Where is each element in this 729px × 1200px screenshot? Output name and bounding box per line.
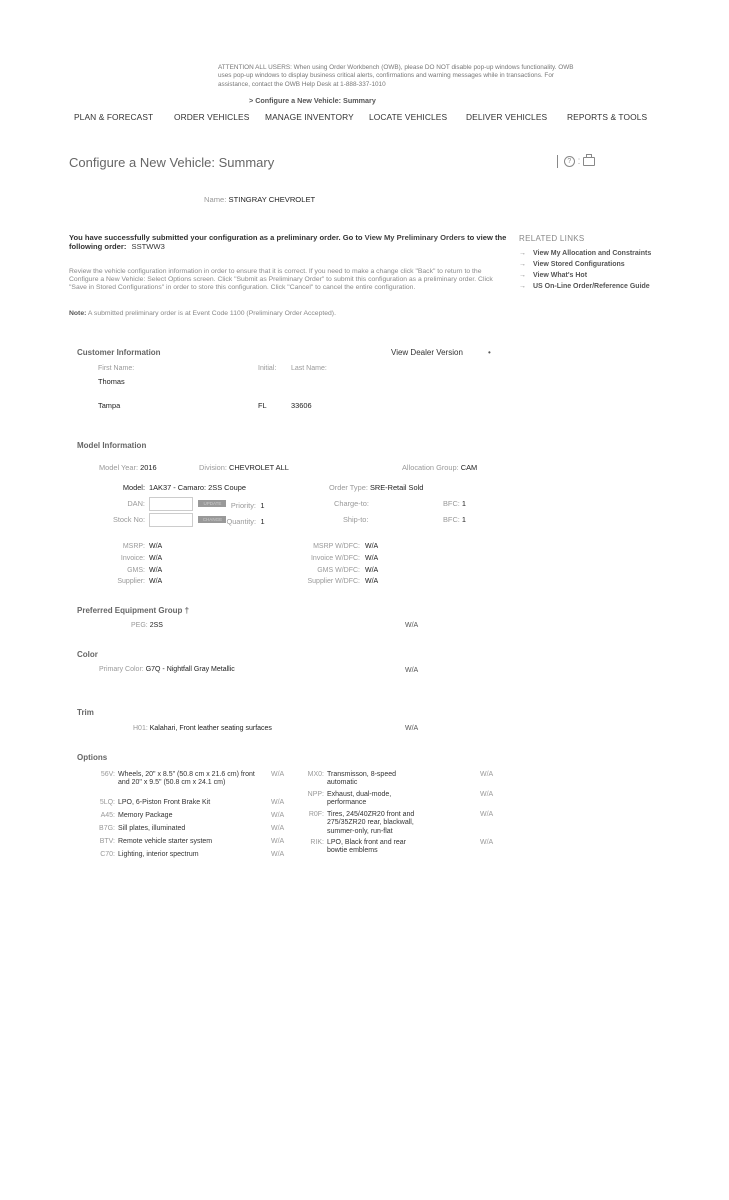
help-icon[interactable]: ? [564, 156, 575, 167]
msrp-value: W/A [149, 541, 162, 553]
option-price: W/A [271, 812, 284, 819]
bfc-value: 1 [462, 499, 466, 508]
priority-value: 1 [260, 501, 264, 510]
option-price: W/A [480, 811, 493, 818]
related-links-list: →View My Allocation and Constraints →Vie… [519, 250, 659, 294]
related-link-whats-hot[interactable]: →View What's Hot [519, 272, 659, 280]
option-price: W/A [480, 771, 493, 778]
related-link-label[interactable]: View Stored Configurations [533, 261, 625, 268]
option-price: W/A [271, 799, 284, 806]
arrow-right-icon: → [519, 272, 526, 280]
related-links-title: RELATED LINKS [519, 234, 585, 243]
breadcrumb[interactable]: > Configure a New Vehicle: Summary [249, 96, 376, 105]
page-title: Configure a New Vehicle: Summary [69, 155, 274, 170]
option-desc: Exhaust, dual-mode, performance [327, 791, 391, 806]
option-code: C70: [100, 851, 115, 859]
option-desc: LPO, Black front and rear bowtie emblems [327, 839, 406, 854]
model-year-row: Model Year: 2016 [99, 463, 157, 472]
note-text: A submitted preliminary order is at Even… [86, 310, 336, 317]
peg-title: Preferred Equipment Group † [77, 606, 189, 615]
bfc-charge-row: BFC: 1 [443, 499, 466, 508]
pricing-left-labels: MSRP: Invoice: GMS: Supplier: [90, 541, 145, 588]
note-label: Note: [69, 310, 86, 317]
first-name-value: Thomas [98, 377, 125, 386]
ship-to-label: Ship-to: [343, 515, 368, 524]
nav-reports-tools[interactable]: REPORTS & TOOLS [567, 112, 647, 122]
option-code: A45: [101, 812, 115, 820]
option-item: A45:Memory Package [118, 812, 268, 820]
trim-code: H01: [133, 725, 148, 732]
trim-title: Trim [77, 708, 94, 717]
option-item: C70:Lighting, interior spectrum [118, 851, 268, 859]
attention-banner: ATTENTION ALL USERS: When using Order Wo… [218, 64, 578, 89]
trim-price: W/A [405, 725, 418, 732]
gms-wdfc-label: GMS W/DFC: [290, 565, 360, 577]
option-desc: Transmisson, 8-speed automatic [327, 771, 396, 786]
option-item: RIK:LPO, Black front and rear bowtie emb… [327, 839, 427, 856]
state-value: FL [258, 401, 267, 410]
nav-locate-vehicles[interactable]: LOCATE VEHICLES [369, 112, 447, 122]
separator-dot: : [578, 156, 581, 167]
supplier-value: W/A [149, 576, 162, 588]
msrp-wdfc-label: MSRP W/DFC: [290, 541, 360, 553]
pricing-right-values: W/A W/A W/A W/A [365, 541, 378, 588]
supplier-wdfc-label: Supplier W/DFC: [290, 576, 360, 588]
quantity-label: Quantity: [226, 517, 256, 526]
gms-label: GMS: [90, 565, 145, 577]
related-link-stored-configs[interactable]: →View Stored Configurations [519, 261, 659, 269]
invoice-wdfc-label: Invoice W/DFC: [290, 553, 360, 565]
model-info-title: Model Information [77, 441, 146, 450]
trim-value: Kalahari, Front leather seating surfaces [150, 725, 272, 732]
charge-to-label: Charge-to: [334, 499, 369, 508]
related-link-label[interactable]: US On-Line Order/Reference Guide [533, 283, 650, 290]
option-item: B7G:Sill plates, illuminated [118, 825, 268, 833]
options-title: Options [77, 753, 107, 762]
option-code: MX0: [308, 771, 324, 779]
pricing-right-labels: MSRP W/DFC: Invoice W/DFC: GMS W/DFC: Su… [290, 541, 360, 588]
pricing-left-values: W/A W/A W/A W/A [149, 541, 162, 588]
view-preliminary-orders-link[interactable]: View My Preliminary Orders [365, 233, 465, 242]
allocation-group-label: Allocation Group: [402, 463, 459, 472]
order-number: SSTWW3 [132, 242, 165, 251]
allocation-group-row: Allocation Group: CAM [402, 463, 477, 472]
option-code: 5LQ: [100, 799, 115, 807]
option-price: W/A [271, 851, 284, 858]
option-desc: Wheels, 20" x 8.5" (50.8 cm x 21.6 cm) f… [118, 771, 255, 786]
option-code: B7G: [99, 825, 115, 833]
bfc-ship-row: BFC: 1 [443, 515, 466, 524]
allocation-group-value: CAM [461, 463, 477, 472]
nav-deliver-vehicles[interactable]: DELIVER VEHICLES [466, 112, 547, 122]
msrp-label: MSRP: [90, 541, 145, 553]
arrow-right-icon: → [519, 261, 526, 269]
dealer-name-row: Name: STINGRAY CHEVROLET [204, 195, 315, 204]
dan-input[interactable] [149, 497, 193, 511]
last-name-label: Last Name: [291, 365, 327, 372]
print-icon[interactable] [583, 157, 595, 166]
gms-wdfc-value: W/A [365, 565, 378, 577]
model-label: Model: [100, 483, 145, 492]
review-instructions: Review the vehicle configuration informa… [69, 268, 499, 292]
bullet-icon: • [488, 348, 491, 357]
stock-row: CHANGEQuantity: 1 [149, 511, 265, 529]
option-code: 56V: [101, 771, 115, 779]
related-link-allocation[interactable]: →View My Allocation and Constraints [519, 250, 659, 258]
stock-change-button[interactable]: CHANGE [198, 516, 226, 523]
option-item: BTV:Remote vehicle starter system [118, 838, 268, 846]
color-price: W/A [405, 667, 418, 674]
nav-order-vehicles[interactable]: ORDER VEHICLES [174, 112, 249, 122]
invoice-value: W/A [149, 553, 162, 565]
stock-no-label: Stock No: [100, 515, 145, 524]
option-price: W/A [271, 825, 284, 832]
gms-value: W/A [149, 565, 162, 577]
dan-update-button[interactable]: UPDATE [198, 500, 226, 507]
bfc-label: BFC: [443, 499, 460, 508]
invoice-label: Invoice: [90, 553, 145, 565]
option-item: MX0:Transmisson, 8-speed automatic [327, 771, 427, 788]
order-type-label: Order Type: [329, 483, 368, 492]
zip-value: 33606 [291, 401, 312, 410]
peg-label: PEG: [131, 622, 148, 629]
priority-label: Priority: [231, 501, 256, 510]
model-year-label: Model Year: [99, 463, 138, 472]
related-link-label[interactable]: View What's Hot [533, 272, 587, 279]
order-type-value: SRE-Retail Sold [370, 483, 423, 492]
division-label: Division: [199, 463, 227, 472]
customer-info-title: Customer Information [77, 348, 161, 357]
stock-no-input[interactable] [149, 513, 193, 527]
nav-plan-forecast[interactable]: PLAN & FORECAST [74, 112, 153, 122]
page-toolbar: ? : [557, 155, 595, 168]
peg-price: W/A [405, 622, 418, 629]
main-nav: PLAN & FORECAST ORDER VEHICLES MANAGE IN… [74, 112, 674, 126]
primary-color-label: Primary Color: [99, 666, 144, 673]
option-price: W/A [271, 838, 284, 845]
dealer-name-value: STINGRAY CHEVROLET [229, 195, 316, 204]
dan-label: DAN: [100, 499, 145, 508]
primary-color-value: G7Q - Nightfall Gray Metallic [146, 666, 235, 673]
msrp-wdfc-value: W/A [365, 541, 378, 553]
option-price: W/A [480, 791, 493, 798]
option-item: 56V:Wheels, 20" x 8.5" (50.8 cm x 21.6 c… [118, 771, 258, 788]
supplier-label: Supplier: [90, 576, 145, 588]
option-code: NPP: [308, 791, 324, 799]
arrow-right-icon: → [519, 283, 526, 291]
peg-value: 2SS [150, 622, 163, 629]
option-desc: LPO, 6-Piston Front Brake Kit [118, 799, 210, 806]
related-link-label[interactable]: View My Allocation and Constraints [533, 250, 651, 257]
model-year-value: 2016 [140, 463, 156, 472]
option-desc: Remote vehicle starter system [118, 838, 212, 845]
dealer-name-label: Name: [204, 195, 226, 204]
arrow-right-icon: → [519, 250, 526, 258]
view-dealer-version-link[interactable]: View Dealer Version [391, 348, 463, 357]
success-message: You have successfully submitted your con… [69, 233, 509, 251]
note: Note: A submitted preliminary order is a… [69, 310, 336, 317]
quantity-value: 1 [260, 517, 264, 526]
option-item: NPP:Exhaust, dual-mode, performance [327, 791, 427, 808]
related-link-order-guide[interactable]: →US On-Line Order/Reference Guide [519, 283, 659, 291]
option-item: R0F:Tires, 245/40ZR20 front and 275/35ZR… [327, 811, 432, 836]
option-code: RIK: [310, 839, 324, 847]
option-code: R0F: [309, 811, 324, 819]
option-code: BTV: [100, 838, 115, 846]
divider [557, 155, 558, 168]
model-value: 1AK37 - Camaro: 2SS Coupe [149, 483, 246, 492]
color-row: Primary Color: G7Q - Nightfall Gray Meta… [99, 666, 235, 673]
option-desc: Tires, 245/40ZR20 front and 275/35ZR20 r… [327, 811, 414, 835]
success-text: You have successfully submitted your con… [69, 233, 365, 242]
invoice-wdfc-value: W/A [365, 553, 378, 565]
division-row: Division: CHEVROLET ALL [199, 463, 289, 472]
nav-manage-inventory[interactable]: MANAGE INVENTORY [265, 112, 354, 122]
first-name-label: First Name: [98, 365, 134, 372]
bfc-value: 1 [462, 515, 466, 524]
initial-label: Initial: [258, 365, 276, 372]
city-value: Tampa [98, 401, 120, 410]
option-desc: Sill plates, illuminated [118, 825, 185, 832]
option-desc: Lighting, interior spectrum [118, 851, 199, 858]
option-price: W/A [480, 839, 493, 846]
peg-row: PEG: 2SS [131, 622, 163, 629]
bfc-label: BFC: [443, 515, 460, 524]
order-type-row: Order Type: SRE-Retail Sold [329, 483, 423, 492]
option-price: W/A [271, 771, 284, 778]
trim-row: H01: Kalahari, Front leather seating sur… [133, 725, 272, 732]
supplier-wdfc-value: W/A [365, 576, 378, 588]
division-value: CHEVROLET ALL [229, 463, 289, 472]
option-item: 5LQ:LPO, 6-Piston Front Brake Kit [118, 799, 268, 807]
option-desc: Memory Package [118, 812, 172, 819]
color-title: Color [77, 650, 98, 659]
